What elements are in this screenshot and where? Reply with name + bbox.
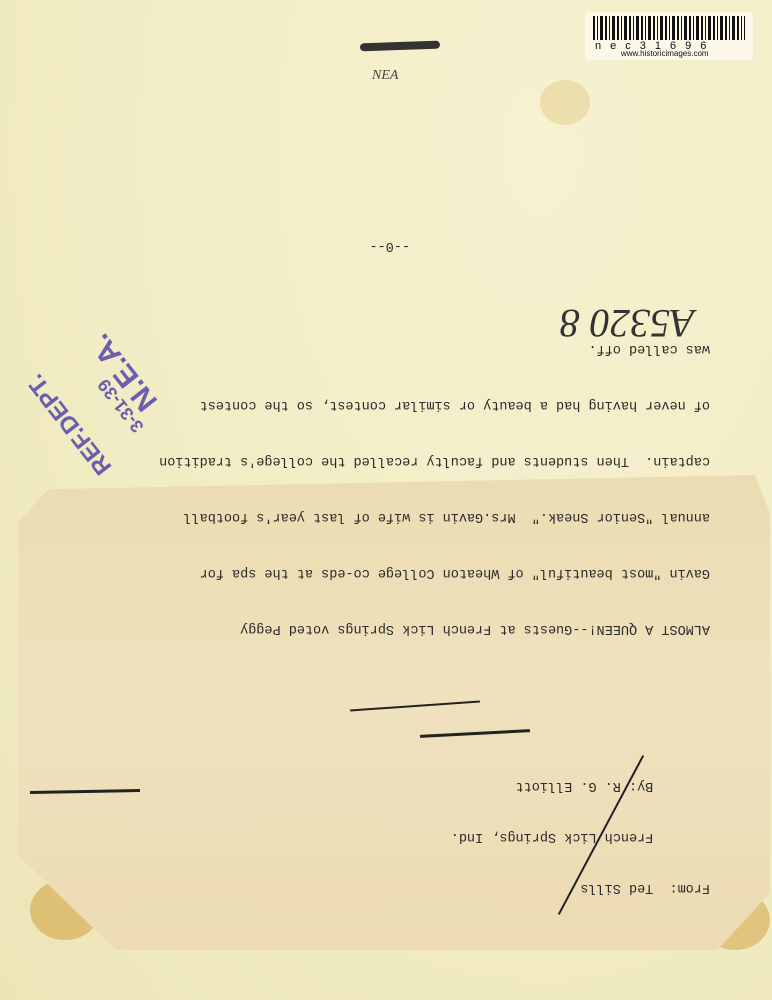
location-line: French Lick Springs, Ind. (50, 828, 710, 845)
body-line: captain. Then students and faculty recal… (50, 452, 710, 469)
body-line: ALMOST A QUEEN!--Guests at French Lick S… (50, 620, 710, 637)
body-line: Gavin "most beautiful" of Wheaton Colleg… (50, 564, 710, 581)
caption-text: From: Ted Sills French Lick Springs, Ind… (18, 475, 770, 950)
from-line: From: Ted Sills (50, 879, 710, 896)
by-line: By: R. G. Elliott (50, 777, 710, 794)
barcode-bars (593, 16, 745, 40)
body-line: of never having had a beauty or similar … (50, 396, 710, 413)
body-line: was called off. (50, 340, 710, 357)
stain-top (540, 80, 590, 125)
body-line: annual "Senior Sneak." Mrs.Gavin is wife… (50, 508, 710, 525)
barcode-url: www.historicimages.com (621, 49, 709, 58)
barcode-label: nec31696 www.historicimages.com (585, 12, 753, 60)
end-mark: --0-- (50, 237, 710, 254)
handwritten-nea: NEA (372, 68, 398, 84)
